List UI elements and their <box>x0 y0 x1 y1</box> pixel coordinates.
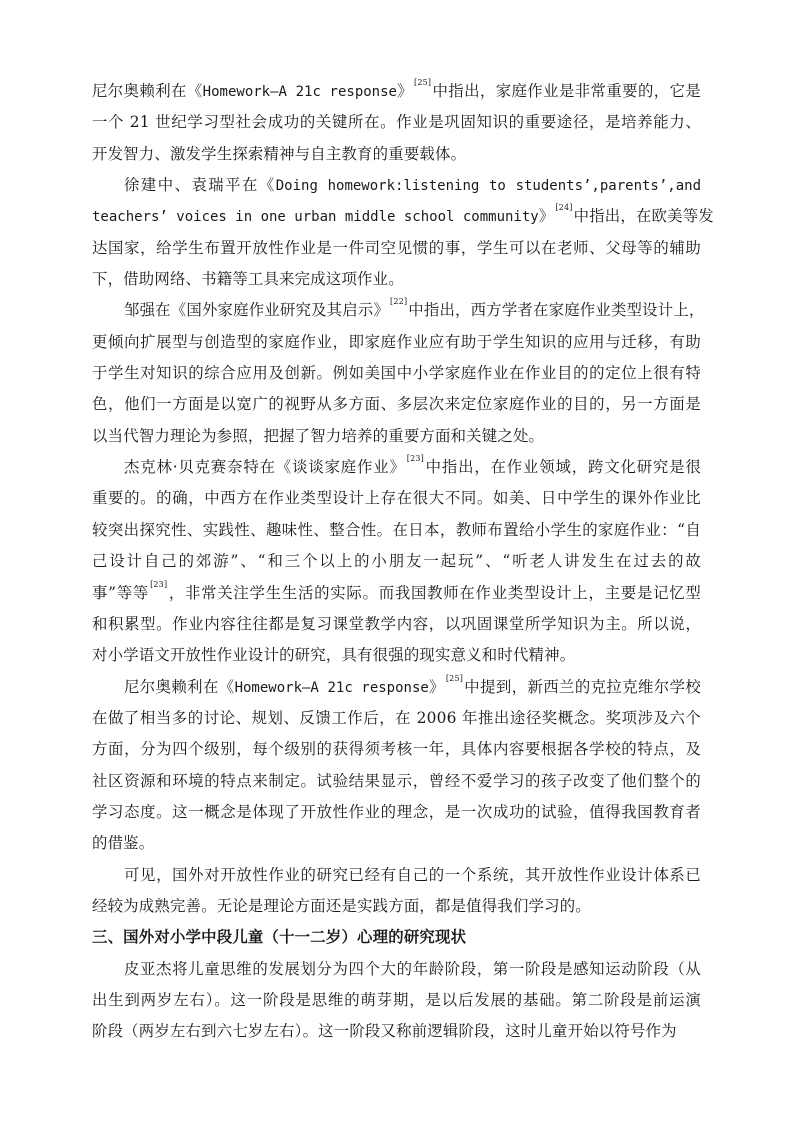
text-line: 可见，国外对开放性作业的研究已经有自己的一个系统，其开放性作业设计体系已 <box>92 860 701 891</box>
text-line: 和积累型。作业内容往往都是复习课堂教学内容，以巩固课堂所学知识为主。所以说， <box>92 609 701 640</box>
text-line: 在做了相当多的讨论、规划、反馈工作后，在 2006 年推出途径奖概念。奖项涉及六… <box>92 703 701 734</box>
text-line: 杰克林·贝克赛奈特在《谈谈家庭作业》[23]中指出，在作业领域，跨文化研究是很 <box>92 452 701 483</box>
text-run: 较突出探究性、实践性、趣味性、整合性。在日本，教师布置给小学生的家庭作业：“自 <box>92 521 701 539</box>
text-run: 重要的。的确，中西方在作业类型设计上存在很大不同。如美、日中学生的课外作业比 <box>92 489 701 507</box>
text-run: 于学生对知识的综合应用及创新。例如美国中小学家庭作业在作业目的的定位上很有特 <box>92 364 701 382</box>
text-line: 一个 21 世纪学习型社会成功的关键所在。作业是巩固知识的重要途径，是培养能力、 <box>92 107 701 138</box>
text-line: 学习态度。这一概念是体现了开放性作业的理念，是一次成功的试验，值得我国教育者 <box>92 797 701 828</box>
text-run: 中指出，在欧美等发 <box>574 207 714 225</box>
text-run: 在做了相当多的讨论、规划、反馈工作后，在 2006 年推出途径奖概念。奖项涉及六… <box>92 709 701 727</box>
citation-marker: [23] <box>407 454 424 463</box>
text-line: 重要的。的确，中西方在作业类型设计上存在很大不同。如美、日中学生的课外作业比 <box>92 483 701 514</box>
text-line: 下，借助网络、书籍等工具来完成这项作业。 <box>92 264 701 295</box>
text-run: 方面，分为四个级别，每个级别的获得须考核一年，具体内容要根据各学校的特点，及 <box>92 740 701 758</box>
text-run: 中指出，西方学者在家庭作业类型设计上， <box>408 301 704 319</box>
text-line: 色，他们一方面是以宽广的视野从多方面、多层次来定位家庭作业的目的，另一方面是 <box>92 389 701 420</box>
text-run: 更倾向扩展型与创造型的家庭作业，即家庭作业应有助于学生知识的应用与迁移，有助 <box>92 333 701 351</box>
text-run: ，非常关注学生生活的实际。而我国教师在作业类型设计上，主要是记忆型 <box>168 584 701 602</box>
citation-marker: [23] <box>150 580 167 589</box>
paragraph: 徐建中、袁瑞平在《Doing homework:listening to stu… <box>92 170 701 295</box>
text-run: 中指出，在作业领域，跨文化研究是很 <box>425 458 701 476</box>
text-run: 学习态度。这一概念是体现了开放性作业的理念，是一次成功的试验，值得我国教育者 <box>92 803 701 821</box>
text-line: 于学生对知识的综合应用及创新。例如美国中小学家庭作业在作业目的的定位上很有特 <box>92 358 701 389</box>
citation-marker: [24] <box>555 203 572 212</box>
paragraph: 皮亚杰将儿童思维的发展划分为四个大的年龄阶段，第一阶段是感知运动阶段（从出生到两… <box>92 954 701 1048</box>
paragraph: 尼尔奥赖利在《Homework—A 21c response》[25]中指出，家… <box>92 76 701 170</box>
text-line: 社区资源和环境的特点来制定。试验结果显示，曾经不爱学习的孩子改变了他们整个的 <box>92 766 701 797</box>
text-run: 》 <box>539 207 555 225</box>
text-line: 较突出探究性、实践性、趣味性、整合性。在日本，教师布置给小学生的家庭作业：“自 <box>92 515 701 546</box>
paragraph: 邹强在《国外家庭作业研究及其启示》[22]中指出，西方学者在家庭作业类型设计上，… <box>92 295 701 452</box>
text-run: 达国家，给学生布置开放性作业是一件司空见惯的事，学生可以在老师、父母等的辅助 <box>92 239 701 257</box>
paragraph: 可见，国外对开放性作业的研究已经有自己的一个系统，其开放性作业设计体系已经较为成… <box>92 860 701 923</box>
text-run: 中指出，家庭作业是非常重要的，它是 <box>432 82 701 100</box>
text-run: 下，借助网络、书籍等工具来完成这项作业。 <box>92 270 404 288</box>
text-line: 的借鉴。 <box>92 828 701 859</box>
text-line: 三、国外对小学中段儿童（十一二岁）心理的研究现状 <box>92 922 701 953</box>
citation-marker: [25] <box>446 674 463 683</box>
text-run: 阶段（两岁左右到六七岁左右）。这一阶段又称前逻辑阶段，这时儿童开始以符号作为 <box>92 1022 677 1040</box>
text-line: 以当代智力理论为参照，把握了智力培养的重要方面和关键之处。 <box>92 421 701 452</box>
document-page: 尼尔奥赖利在《Homework—A 21c response》[25]中指出，家… <box>92 76 701 1048</box>
text-run: 社区资源和环境的特点来制定。试验结果显示，曾经不爱学习的孩子改变了他们整个的 <box>92 772 701 790</box>
text-run: 可见，国外对开放性作业的研究已经有自己的一个系统，其开放性作业设计体系已 <box>124 866 701 884</box>
text-run: 》 <box>397 82 413 100</box>
text-line: 对小学语文开放性作业设计的研究，具有很强的现实意义和时代精神。 <box>92 640 701 671</box>
english-title-text: Homework—A 21c response <box>235 680 429 696</box>
section-heading: 三、国外对小学中段儿童（十一二岁）心理的研究现状 <box>92 922 701 953</box>
text-run: 中提到，新西兰的克拉克维尔学校 <box>464 678 701 696</box>
english-title-text: Homework—A 21c response <box>203 84 397 100</box>
text-run: 尼尔奥赖利在《 <box>92 82 203 100</box>
text-line: 徐建中、袁瑞平在《Doing homework:listening to stu… <box>92 170 701 201</box>
text-run: 对小学语文开放性作业设计的研究，具有很强的现实意义和时代精神。 <box>92 646 575 664</box>
text-line: 经较为成熟完善。无论是理论方面还是实践方面，都是值得我们学习的。 <box>92 891 701 922</box>
text-line: 达国家，给学生布置开放性作业是一件司空见惯的事，学生可以在老师、父母等的辅助 <box>92 233 701 264</box>
text-line: 己设计自己的郊游”、“和三个以上的小朋友一起玩”、“听老人讲发生在过去的故 <box>92 546 701 577</box>
text-run: 邹强在《国外家庭作业研究及其启示》 <box>124 301 389 319</box>
text-line: 邹强在《国外家庭作业研究及其启示》[22]中指出，西方学者在家庭作业类型设计上， <box>92 295 701 326</box>
text-run: 尼尔奥赖利在《 <box>124 678 235 696</box>
citation-marker: [25] <box>414 78 431 87</box>
text-run: 色，他们一方面是以宽广的视野从多方面、多层次来定位家庭作业的目的，另一方面是 <box>92 395 701 413</box>
text-line: 方面，分为四个级别，每个级别的获得须考核一年，具体内容要根据各学校的特点，及 <box>92 734 701 765</box>
text-run: 的借鉴。 <box>92 834 154 852</box>
text-run: 三、国外对小学中段儿童（十一二岁）心理的研究现状 <box>92 928 466 946</box>
text-run: 出生到两岁左右）。这一阶段是思维的萌芽期，是以后发展的基础。第二阶段是前运演 <box>92 991 701 1009</box>
text-line: 尼尔奥赖利在《Homework—A 21c response》[25]中提到，新… <box>92 672 701 703</box>
text-line: 事”等等[23]，非常关注学生生活的实际。而我国教师在作业类型设计上，主要是记忆… <box>92 578 701 609</box>
text-run: 》 <box>429 678 445 696</box>
text-run: 皮亚杰将儿童思维的发展划分为四个大的年龄阶段，第一阶段是感知运动阶段（从 <box>124 960 701 978</box>
text-line: 阶段（两岁左右到六七岁左右）。这一阶段又称前逻辑阶段，这时儿童开始以符号作为 <box>92 1016 701 1047</box>
text-line: 更倾向扩展型与创造型的家庭作业，即家庭作业应有助于学生知识的应用与迁移，有助 <box>92 327 701 358</box>
text-run: 杰克林·贝克赛奈特在《谈谈家庭作业》 <box>124 458 406 476</box>
citation-marker: [22] <box>390 297 407 306</box>
paragraph: 尼尔奥赖利在《Homework—A 21c response》[25]中提到，新… <box>92 672 701 860</box>
text-run: 开发智力、激发学生探索精神与自主教育的重要载体。 <box>92 145 466 163</box>
text-line: 尼尔奥赖利在《Homework—A 21c response》[25]中指出，家… <box>92 76 701 107</box>
text-run: 以当代智力理论为参照，把握了智力培养的重要方面和关键之处。 <box>92 427 544 445</box>
text-line: 出生到两岁左右）。这一阶段是思维的萌芽期，是以后发展的基础。第二阶段是前运演 <box>92 985 701 1016</box>
text-line: 开发智力、激发学生探索精神与自主教育的重要载体。 <box>92 139 701 170</box>
text-run: 徐建中、袁瑞平在《 <box>124 176 276 194</box>
text-line: teachers’ voices in one urban middle sch… <box>92 201 701 232</box>
text-run: 事”等等 <box>92 584 149 602</box>
text-run: 己设计自己的郊游”、“和三个以上的小朋友一起玩”、“听老人讲发生在过去的故 <box>92 552 701 570</box>
text-run: 一个 21 世纪学习型社会成功的关键所在。作业是巩固知识的重要途径，是培养能力、 <box>92 113 701 131</box>
english-title-text: teachers’ voices in one urban middle sch… <box>92 209 539 225</box>
english-title-text: Doing homework:listening to students’,pa… <box>276 178 701 194</box>
paragraph: 杰克林·贝克赛奈特在《谈谈家庭作业》[23]中指出，在作业领域，跨文化研究是很重… <box>92 452 701 671</box>
text-run: 和积累型。作业内容往往都是复习课堂教学内容，以巩固课堂所学知识为主。所以说， <box>92 615 701 633</box>
text-run: 经较为成熟完善。无论是理论方面还是实践方面，都是值得我们学习的。 <box>92 897 591 915</box>
text-line: 皮亚杰将儿童思维的发展划分为四个大的年龄阶段，第一阶段是感知运动阶段（从 <box>92 954 701 985</box>
